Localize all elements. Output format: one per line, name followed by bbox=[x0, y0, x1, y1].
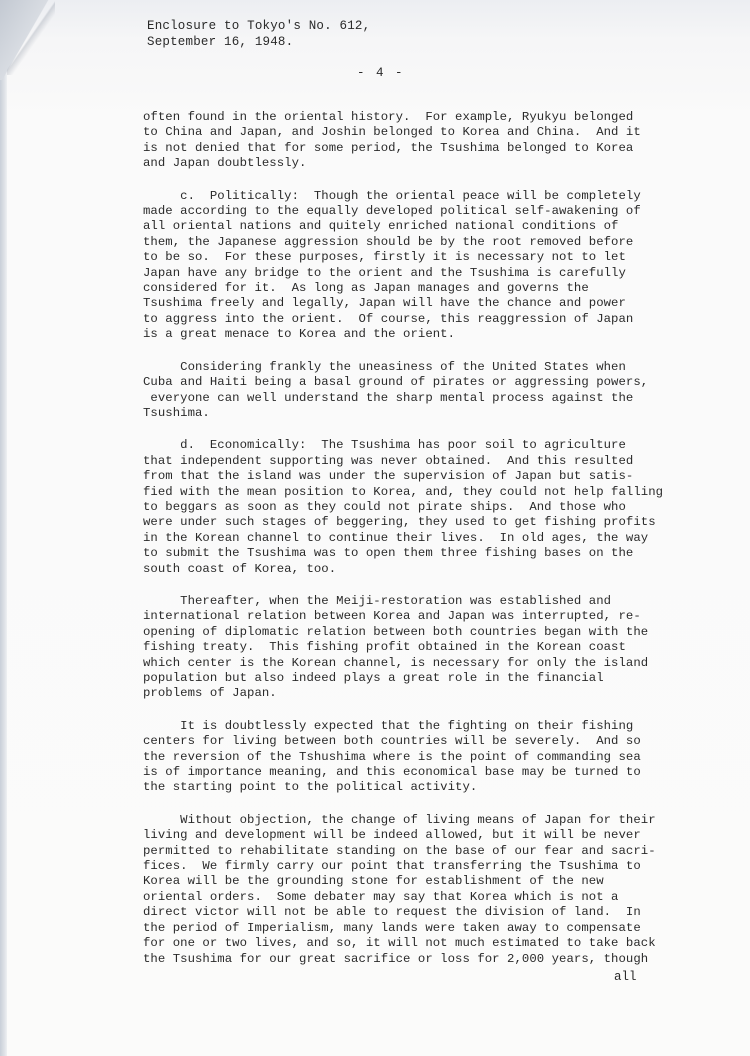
paragraph: c. Politically: Though the oriental peac… bbox=[143, 189, 673, 343]
text-line: Korea will be the grounding stone for es… bbox=[143, 874, 673, 889]
text-line: to China and Japan, and Joshin belonged … bbox=[143, 125, 673, 140]
text-line: fices. We firmly carry our point that tr… bbox=[143, 859, 673, 874]
text-line: which center is the Korean channel, is n… bbox=[143, 656, 673, 671]
paragraph: It is doubtlessly expected that the figh… bbox=[143, 719, 673, 796]
text-line: oriental orders. Some debater may say th… bbox=[143, 890, 673, 905]
text-line: considered for it. As long as Japan mana… bbox=[143, 281, 673, 296]
paragraph: Considering frankly the uneasiness of th… bbox=[143, 360, 673, 422]
text-line: international relation between Korea and… bbox=[143, 609, 673, 624]
text-line: everyone can well understand the sharp m… bbox=[143, 391, 673, 406]
text-line: from that the island was under the super… bbox=[143, 469, 673, 484]
text-line: problems of Japan. bbox=[143, 686, 673, 701]
text-line: population but also indeed plays a great… bbox=[143, 671, 673, 686]
text-line: Cuba and Haiti being a basal ground of p… bbox=[143, 375, 673, 390]
text-line: fishing treaty. This fishing profit obta… bbox=[143, 640, 673, 655]
text-line: south coast of Korea, too. bbox=[143, 562, 673, 577]
text-line: them, the Japanese aggression should be … bbox=[143, 235, 673, 250]
text-line: c. Politically: Though the oriental peac… bbox=[143, 189, 673, 204]
paragraph: d. Economically: The Tsushima has poor s… bbox=[143, 438, 673, 577]
text-line: Japan have any bridge to the orient and … bbox=[143, 266, 673, 281]
text-line: Considering frankly the uneasiness of th… bbox=[143, 360, 673, 375]
paragraph: Without objection, the change of living … bbox=[143, 813, 673, 967]
text-line: often found in the oriental history. For… bbox=[143, 110, 673, 125]
catchword: all bbox=[614, 970, 637, 984]
enclosure-date: September 16, 1948. bbox=[147, 34, 370, 50]
text-line: opening of diplomatic relation between b… bbox=[143, 625, 673, 640]
text-line: Thereafter, when the Meiji-restoration w… bbox=[143, 594, 673, 609]
page-edge-shadow bbox=[0, 0, 7, 1056]
text-line: living and development will be indeed al… bbox=[143, 828, 673, 843]
text-line: d. Economically: The Tsushima has poor s… bbox=[143, 438, 673, 453]
text-line: in the Korean channel to continue their … bbox=[143, 531, 673, 546]
paragraph: often found in the oriental history. For… bbox=[143, 110, 673, 172]
text-line: and Japan doubtlessly. bbox=[143, 156, 673, 171]
text-line: the Tsushima for our great sacrifice or … bbox=[143, 952, 673, 967]
text-line: the period of Imperialism, many lands we… bbox=[143, 921, 673, 936]
text-line: centers for living between both countrie… bbox=[143, 734, 673, 749]
text-line: all oriental nations and quitely enriche… bbox=[143, 219, 673, 234]
text-line: to aggress into the orient. Of course, t… bbox=[143, 312, 673, 327]
paragraph: Thereafter, when the Meiji-restoration w… bbox=[143, 594, 673, 702]
enclosure-reference: Enclosure to Tokyo's No. 612, bbox=[147, 18, 370, 34]
document-body: often found in the oriental history. For… bbox=[143, 110, 673, 984]
text-line: for one or two lives, and so, it will no… bbox=[143, 936, 673, 951]
text-line: the reversion of the Tshushima where is … bbox=[143, 750, 673, 765]
text-line: is not denied that for some period, the … bbox=[143, 141, 673, 156]
text-line: is of importance meaning, and this econo… bbox=[143, 765, 673, 780]
text-line: Tsushima freely and legally, Japan will … bbox=[143, 296, 673, 311]
text-line: to beggars as soon as they could not pir… bbox=[143, 500, 673, 515]
text-line: fied with the mean position to Korea, an… bbox=[143, 485, 673, 500]
text-line: to submit the Tsushima was to open them … bbox=[143, 546, 673, 561]
text-line: that independent supporting was never ob… bbox=[143, 454, 673, 469]
text-line: direct victor will not be able to reques… bbox=[143, 905, 673, 920]
text-line: the starting point to the political acti… bbox=[143, 780, 673, 795]
enclosure-header: Enclosure to Tokyo's No. 612, September … bbox=[147, 18, 370, 50]
text-line: is a great menace to Korea and the orien… bbox=[143, 327, 673, 342]
text-line: were under such stages of beggering, the… bbox=[143, 515, 673, 530]
folded-corner-shadow bbox=[7, 0, 55, 75]
text-line: to be so. For these purposes, firstly it… bbox=[143, 250, 673, 265]
text-line: Tsushima. bbox=[143, 406, 673, 421]
text-line: made according to the equally developed … bbox=[143, 204, 673, 219]
page-number: - 4 - bbox=[357, 66, 405, 80]
text-line: It is doubtlessly expected that the figh… bbox=[143, 719, 673, 734]
text-line: permitted to rehabilitate standing on th… bbox=[143, 844, 673, 859]
text-line: Without objection, the change of living … bbox=[143, 813, 673, 828]
